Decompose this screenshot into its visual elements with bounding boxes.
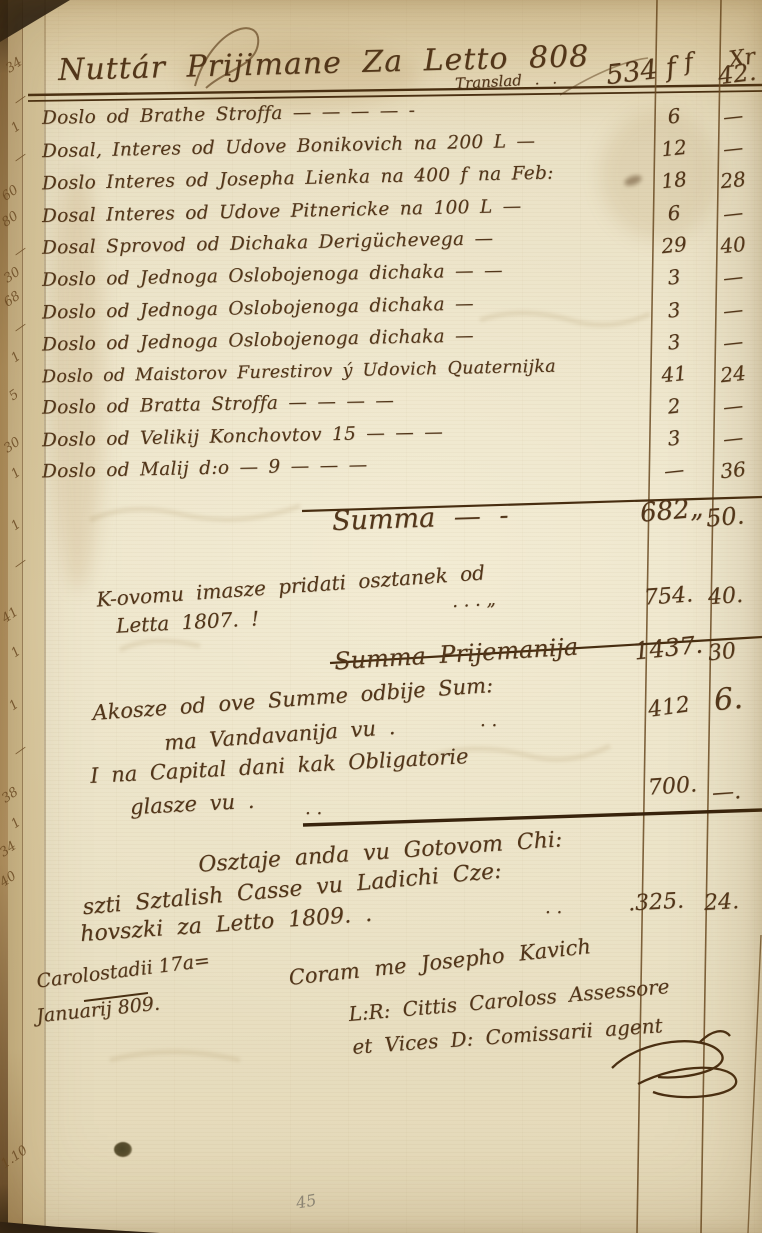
summa-kreuzer: 50. (705, 501, 745, 532)
row-florins: 3 (643, 262, 705, 292)
ledger-row: Doslo od Brathe Stroffa — — — — -6— (0, 104, 762, 136)
ledger-row: Dosal Sprovod od Dichaka Derigüchevega —… (0, 233, 762, 265)
row-florins: 29 (643, 230, 705, 260)
remainder-dots: . . (545, 897, 562, 918)
ledger-row: Dosal, Interes od Udove Bonikovich na 20… (0, 136, 762, 168)
row-florins: — (643, 455, 705, 485)
row-kreuzer: — (705, 423, 761, 453)
deduct-capital-line1: I na Capital dani kak Obligatorie (90, 744, 469, 788)
deduct-vandavanija-line1: Akosze od ove Summe odbije Sum: (92, 673, 494, 725)
deduct-capital-dots: . . (305, 798, 322, 819)
deduct-vandavanija-kreuzer: 6. (713, 681, 745, 718)
row-kreuzer: 24 (705, 359, 761, 389)
attestation-coram-line1: Coram me Josepho Kavich (288, 934, 592, 990)
row-florins: 6 (643, 198, 705, 228)
deduct-capital-florins: 700. (647, 772, 698, 800)
ledger-row: Doslo od Maistorov Furestirov ý Udovich … (0, 362, 762, 394)
row-kreuzer: — (705, 133, 761, 163)
row-label: Doslo od Velikij Konchovtov 15 — — — (42, 422, 443, 451)
ghost-writing (90, 506, 300, 520)
row-kreuzer: 36 (705, 455, 761, 485)
margin-mark: 1.10 (0, 1143, 31, 1172)
row-label: Doslo od Maistorov Furestirov ý Udovich … (42, 357, 556, 388)
margin-mark: 41 (0, 605, 21, 627)
summa-prijemanija-label: Summa Prijemanija (333, 633, 579, 676)
margin-mark: 1 (8, 815, 23, 832)
row-kreuzer: 40 (705, 230, 761, 260)
row-label: Dosal, Interes od Udove Bonikovich na 20… (42, 131, 536, 162)
deduct-capital-kreuzer: —. (711, 779, 742, 806)
margin-mark: — (11, 554, 30, 574)
row-florins: 3 (643, 295, 705, 325)
row-label: Dosal Interes od Udove Pitnericke na 100… (42, 196, 522, 227)
pencil-page-number: 45 (295, 1190, 318, 1212)
ink-blot (114, 1142, 132, 1157)
ledger-row: Doslo od Bratta Stroffa — — — —2— (0, 394, 762, 426)
row-kreuzer: 28 (705, 165, 761, 195)
deduct-vandavanija-dots: . . (480, 710, 497, 731)
carryover-florins: 754. (643, 582, 694, 610)
row-label: Dosal Sprovod od Dichaka Derigüchevega — (42, 228, 494, 258)
ledger-row: Doslo od Malij d:o — 9 — — ——36 (0, 458, 762, 490)
deduct-capital-line2: glaszе vu . (129, 789, 254, 819)
summa-prijemanija-kreuzer: 30 (707, 639, 737, 667)
deduct-vandavanija-florins: 412 (646, 692, 691, 723)
row-kreuzer: — (705, 101, 761, 131)
ledger-row: Doslo od Jednoga Oslobojenoga dichaka — … (0, 265, 762, 297)
translad-florins: 534 f (604, 52, 677, 91)
ghost-writing (120, 641, 200, 650)
title-rule-upper (28, 85, 762, 95)
ghost-writing (110, 1052, 240, 1060)
row-florins: 6 (643, 101, 705, 131)
carryover-kreuzer: 40. (707, 583, 744, 610)
margin-mark: 34 (0, 839, 19, 861)
margin-mark: 38 (0, 785, 21, 807)
right-edge-rule (748, 935, 761, 1233)
margin-mark: 1 (8, 517, 23, 534)
row-florins: 18 (643, 165, 705, 195)
summa-label: Summa — - (332, 500, 509, 537)
signature-flourish (612, 1031, 736, 1097)
row-kreuzer: — (705, 198, 761, 228)
translad-label: Translad . . (455, 69, 558, 92)
ledger-row: Doslo od Jednoga Oslobojenoga dichaka —3… (0, 330, 762, 362)
ledger-row: Doslo od Jednoga Oslobojenoga dichaka —3… (0, 298, 762, 330)
row-kreuzer: — (705, 262, 761, 292)
row-florins: 2 (643, 391, 705, 421)
row-kreuzer: — (705, 391, 761, 421)
attestation-place-line2: Januarij 809. (35, 993, 161, 1028)
row-label: Doslo od Jednoga Oslobojenoga dichaka — (42, 325, 474, 355)
row-label: Doslo od Malij d:o — 9 — — — (42, 455, 368, 483)
summa-florins: 682„ (639, 493, 704, 528)
row-kreuzer: — (705, 327, 761, 357)
column-header-florin: f (682, 48, 695, 77)
margin-mark: 1 (6, 697, 21, 714)
summa-prijemanija-florins: 1437. (633, 630, 704, 665)
row-label: Doslo od Bratta Stroffa — — — — (42, 390, 395, 418)
translad-kreuzer: 42. (716, 58, 757, 90)
margin-mark: — (11, 741, 30, 761)
ledger-row: Doslo od Velikij Konchovtov 15 — — —3— (0, 426, 762, 458)
row-florins: 12 (643, 133, 705, 163)
ledger-row: Dosal Interes od Udove Pitnericke na 100… (0, 201, 762, 233)
row-kreuzer: — (705, 295, 761, 325)
remainder-rule (303, 810, 762, 825)
manuscript-page: 34—1—6080—3068—153011—4111—38134401.10 (0, 0, 762, 1233)
remainder-kreuzer: 24. (703, 889, 739, 916)
row-florins: 3 (643, 327, 705, 357)
ledger-row: Doslo Interes od Josepha Lienka na 400 f… (0, 168, 762, 200)
attestation-place-line1: Carolostadii 17a= (35, 949, 211, 992)
carryover-line2: Letta 1807. ! (115, 606, 259, 637)
row-label: Doslo od Brathe Stroffa — — — — - (42, 100, 416, 129)
row-florins: 3 (643, 423, 705, 453)
margin-mark: 34 (3, 55, 25, 77)
row-label: Doslo od Jednoga Oslobojenoga dichaka — (42, 293, 474, 323)
row-florins: 41 (643, 359, 705, 389)
remainder-florins: .325. (627, 889, 684, 917)
row-label: Doslo od Jednoga Oslobojenoga dichaka — … (42, 260, 503, 291)
row-label: Doslo Interes od Josepha Lienka na 400 f… (42, 163, 554, 195)
carryover-line1: K-ovomu imasze pridati osztanek od (96, 560, 486, 611)
margin-mark: 40 (0, 869, 19, 891)
margin-mark: 1 (8, 644, 23, 661)
carryover-dots: . . . „ (451, 589, 496, 612)
